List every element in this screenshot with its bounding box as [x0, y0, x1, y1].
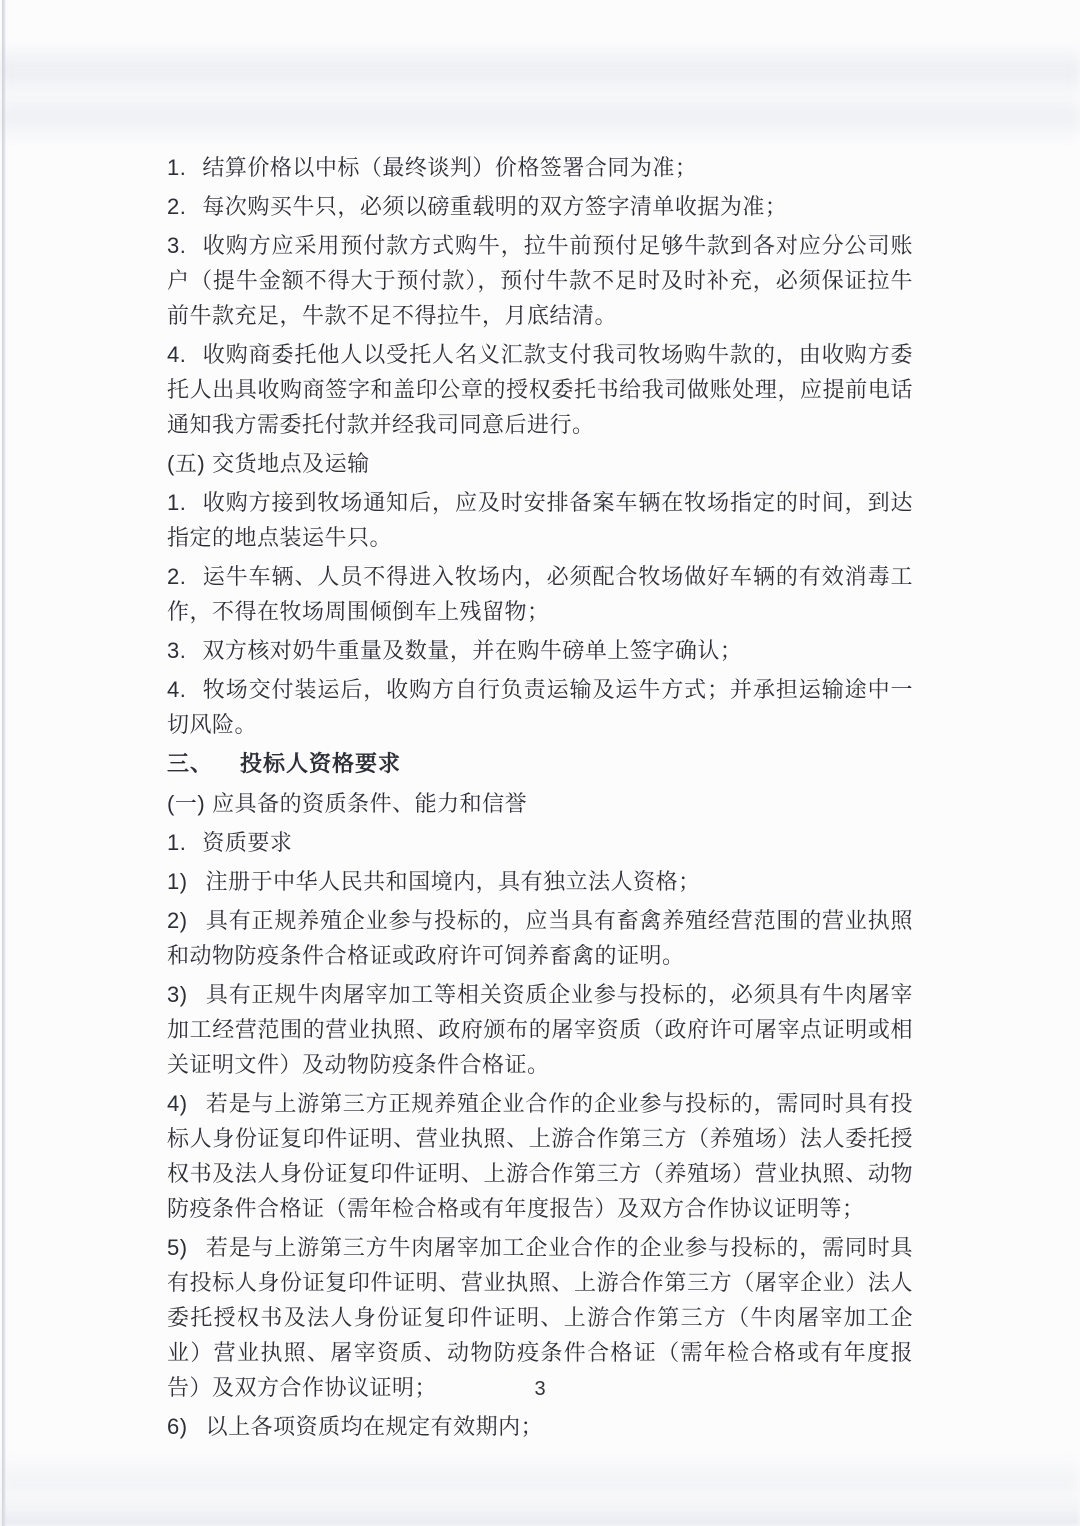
page-number: 3 — [0, 1378, 1080, 1401]
scan-edge-bottom — [0, 1496, 1080, 1526]
paragraph-text: 每次购买牛只，必须以磅重载明的双方签字清单收据为准； — [202, 194, 787, 219]
list-marker: 4. — [167, 342, 186, 367]
paragraph-text: 双方核对奶牛重量及数量，并在购牛磅单上签字确认； — [202, 638, 742, 663]
paragraph-text: 以上各项资质均在规定有效期内； — [206, 1414, 544, 1439]
scan-artifact-top — [0, 42, 1080, 94]
list-marker: 6) — [167, 1414, 188, 1439]
list-marker: (五) — [167, 451, 205, 476]
list-item: 4)若是与上游第三方正规养殖企业合作的企业参与投标的，需同时具有投标人身份证复印… — [167, 1086, 913, 1226]
paragraph-text: 资质要求 — [202, 830, 292, 855]
list-marker: 1) — [167, 869, 188, 894]
chapter-heading: 三、投标人资格要求 — [167, 746, 913, 781]
paragraph-text: 具有正规养殖企业参与投标的，应当具有畜禽养殖经营范围的营业执照和动物防疫条件合格… — [167, 908, 913, 968]
list-item: 4.牧场交付装运后，收购方自行负责运输及运牛方式；并承担运输途中一切风险。 — [167, 672, 913, 742]
section-heading: (五)交货地点及运输 — [167, 446, 913, 481]
section-heading: (一)应具备的资质条件、能力和信誉 — [167, 786, 913, 821]
list-item: 4.收购商委托他人以受托人名义汇款支付我司牧场购牛款的，由收购方委托人出具收购商… — [167, 337, 913, 442]
scan-edge-left — [2, 0, 6, 1526]
list-item: 2)具有正规养殖企业参与投标的，应当具有畜禽养殖经营范围的营业执照和动物防疫条件… — [167, 903, 913, 973]
list-item: 2.运牛车辆、人员不得进入牧场内，必须配合牧场做好车辆的有效消毒工作，不得在牧场… — [167, 559, 913, 629]
list-marker: 1. — [167, 830, 186, 855]
list-item: 6)以上各项资质均在规定有效期内； — [167, 1409, 913, 1444]
document-content: 1.结算价格以中标（最终谈判）价格签署合同为准；2.每次购买牛只，必须以磅重载明… — [167, 150, 913, 1448]
paragraph-text: 注册于中华人民共和国境内，具有独立法人资格； — [206, 869, 701, 894]
list-marker: 3. — [167, 233, 186, 258]
list-marker: (一) — [167, 791, 205, 816]
paragraph-text: 若是与上游第三方牛肉屠宰加工企业合作的企业参与投标的，需同时具有投标人身份证复印… — [167, 1235, 913, 1400]
paragraph-text: 收购商委托他人以受托人名义汇款支付我司牧场购牛款的，由收购方委托人出具收购商签字… — [167, 342, 913, 437]
list-item: 1.资质要求 — [167, 825, 913, 860]
list-marker: 1. — [167, 155, 186, 180]
list-marker: 4) — [167, 1091, 188, 1116]
list-item: 1.收购方接到牧场通知后，应及时安排备案车辆在牧场指定的时间，到达指定的地点装运… — [167, 485, 913, 555]
paragraph-text: 应具备的资质条件、能力和信誉 — [212, 791, 527, 816]
list-marker: 2. — [167, 564, 186, 589]
document-page: 1.结算价格以中标（最终谈判）价格签署合同为准；2.每次购买牛只，必须以磅重载明… — [0, 0, 1080, 1526]
list-item: 3)具有正规牛肉屠宰加工等相关资质企业参与投标的，必须具有牛肉屠宰加工经营范围的… — [167, 977, 913, 1082]
list-marker: 1. — [167, 490, 186, 515]
list-item: 3.双方核对奶牛重量及数量，并在购牛磅单上签字确认； — [167, 633, 913, 668]
list-marker: 4. — [167, 677, 186, 702]
paragraph-text: 若是与上游第三方正规养殖企业合作的企业参与投标的，需同时具有投标人身份证复印件证… — [167, 1091, 913, 1221]
list-marker: 3. — [167, 638, 186, 663]
list-marker: 5) — [167, 1235, 188, 1260]
list-item: 3.收购方应采用预付款方式购牛，拉牛前预付足够牛款到各对应分公司账户（提牛金额不… — [167, 228, 913, 333]
paragraph-text: 牧场交付装运后，收购方自行负责运输及运牛方式；并承担运输途中一切风险。 — [167, 677, 913, 737]
paragraph-text: 收购方接到牧场通知后，应及时安排备案车辆在牧场指定的时间，到达指定的地点装运牛只… — [167, 490, 913, 550]
list-item: 1.结算价格以中标（最终谈判）价格签署合同为准； — [167, 150, 913, 185]
paragraph-text: 投标人资格要求 — [240, 751, 401, 776]
list-item: 2.每次购买牛只，必须以磅重载明的双方签字清单收据为准； — [167, 189, 913, 224]
list-marker: 3) — [167, 982, 188, 1007]
paragraph-text: 收购方应采用预付款方式购牛，拉牛前预付足够牛款到各对应分公司账户（提牛金额不得大… — [167, 233, 913, 328]
scan-artifact-top-2 — [0, 96, 1080, 144]
paragraph-text: 交货地点及运输 — [212, 451, 370, 476]
list-marker: 2) — [167, 908, 188, 933]
list-item: 1)注册于中华人民共和国境内，具有独立法人资格； — [167, 864, 913, 899]
scan-artifact-bottom — [0, 1452, 1080, 1498]
list-marker: 三、 — [167, 751, 213, 776]
list-marker: 2. — [167, 194, 186, 219]
paragraph-text: 具有正规牛肉屠宰加工等相关资质企业参与投标的，必须具有牛肉屠宰加工经营范围的营业… — [167, 982, 913, 1077]
paragraph-text: 运牛车辆、人员不得进入牧场内，必须配合牧场做好车辆的有效消毒工作，不得在牧场周围… — [167, 564, 913, 624]
paragraph-text: 结算价格以中标（最终谈判）价格签署合同为准； — [202, 155, 697, 180]
